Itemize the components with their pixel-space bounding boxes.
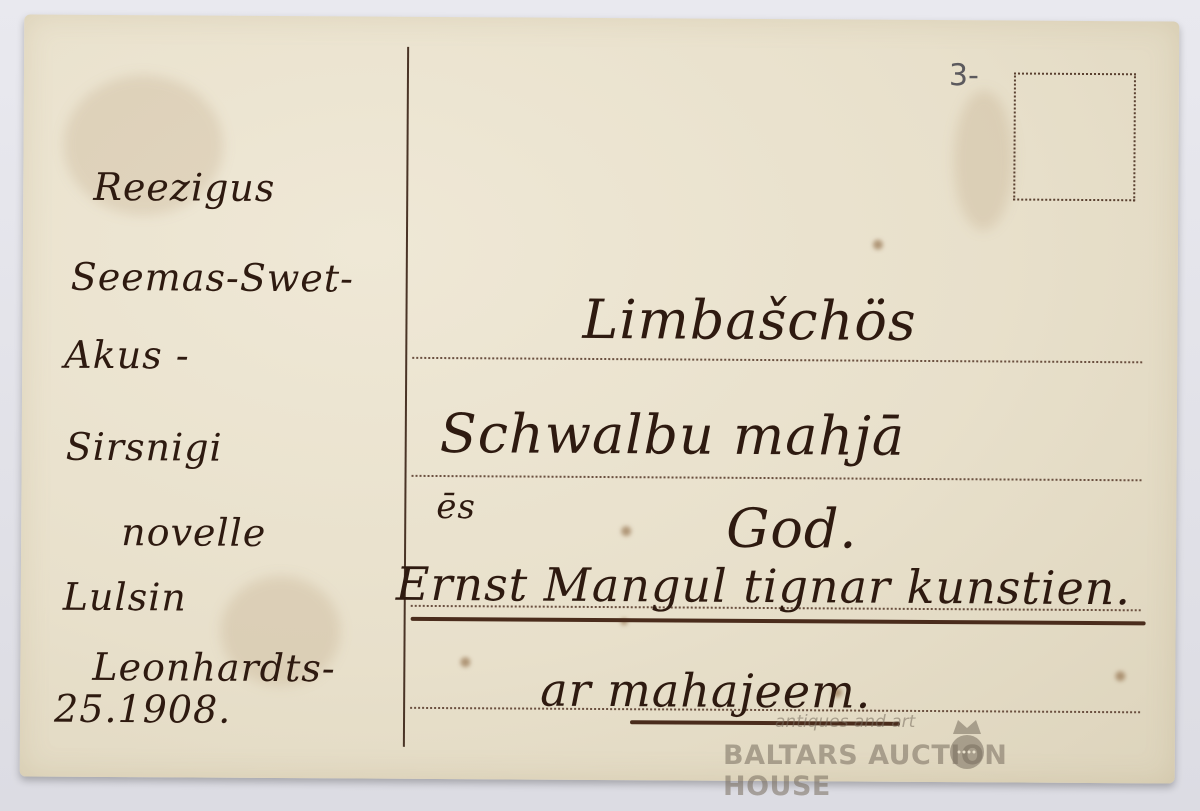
address-conjunction: ēs <box>436 487 476 527</box>
age-stain <box>953 90 1014 230</box>
postcard: 3- Reezigus Seemas-Swet- Akus - Sirsnigi… <box>20 14 1180 783</box>
message-line: novelle <box>121 510 266 555</box>
foxing-spot <box>1115 671 1125 681</box>
message-line: Akus - <box>64 333 190 378</box>
message-line: Seemas-Swet- <box>71 255 354 301</box>
address-recipient: Ernst Mangul tignar kunstien. <box>396 557 1131 615</box>
address-town: Limbašchös <box>582 288 916 353</box>
message-line: Reezigus <box>93 165 275 210</box>
ink-underline <box>411 617 1146 625</box>
address-line-dotted <box>412 357 1142 363</box>
stamp-box <box>1013 73 1136 202</box>
center-divider <box>403 47 409 747</box>
watermark-name: BALTARS AUCTION HOUSE <box>723 740 1123 802</box>
message-date: 25.1908. <box>54 687 231 732</box>
foxing-spot <box>873 240 883 250</box>
address-closing: ar mahajeem. <box>540 663 871 719</box>
auction-watermark: antiques and art BALTARS AUCTION HOUSE <box>723 712 1123 782</box>
message-line: Lulsin <box>63 575 187 620</box>
crown-logo-icon <box>948 712 986 772</box>
message-line: Sirsnigi <box>66 425 223 470</box>
foxing-spot <box>621 526 631 536</box>
foxing-spot <box>460 657 470 667</box>
watermark-tagline: antiques and art <box>775 712 915 732</box>
address-house: Schwalbu mahjā <box>440 402 906 468</box>
address-line-dotted <box>412 475 1142 481</box>
address-honorific: God. <box>726 497 858 561</box>
message-line: Leonhardts- <box>92 645 336 690</box>
price-mark: 3- <box>949 58 979 93</box>
